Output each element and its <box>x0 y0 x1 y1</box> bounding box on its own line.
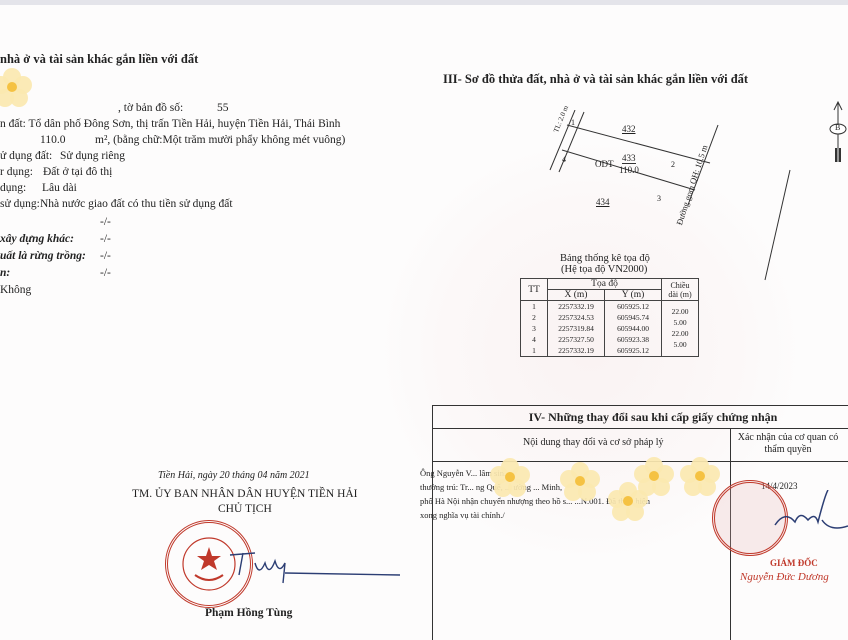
col-coord: Tọa độ <box>548 279 662 290</box>
handwritten-signature-left <box>225 545 405 585</box>
point-3: 3 <box>657 194 661 203</box>
road-edge-line <box>760 165 800 285</box>
handwritten-signature-right <box>770 490 848 540</box>
parcel-area: 110.0 <box>619 165 639 175</box>
parcel-number: 433 <box>622 154 636 164</box>
term-label: dụng: <box>0 182 26 194</box>
privacy-flower-sticker <box>0 68 32 108</box>
issuing-org: TM. ỦY BAN NHÂN DÂN HUYỆN TIỀN HẢI <box>132 488 358 500</box>
dash-value: -/- <box>100 216 111 228</box>
planted-forest-value: -/- <box>100 250 111 262</box>
usage-form-label: ử dụng đất: <box>0 150 52 162</box>
col-y: Y (m) <box>605 290 662 301</box>
col-confirm-header: Xác nhận của cơ quan có thẩm quyền <box>733 432 843 456</box>
col-x: X (m) <box>548 290 605 301</box>
point-1: 1 <box>571 118 575 127</box>
parcel-land-type: ODT <box>595 159 614 169</box>
privacy-flower-sticker <box>490 458 530 498</box>
table-cell-tt: 1 2 3 4 1 <box>521 301 548 357</box>
parcel-diagram <box>540 110 740 250</box>
compass-letter: B <box>835 123 840 132</box>
privacy-flower-sticker <box>680 457 720 497</box>
map-sheet-number: 55 <box>217 102 229 114</box>
privacy-flower-sticker <box>560 462 600 502</box>
land-address: n đất: Tổ dân phố Đông Sơn, thị trấn Tiề… <box>0 118 340 130</box>
notes-value: Không <box>0 284 31 296</box>
parcel-south-number: 434 <box>596 197 610 207</box>
purpose-value: Đất ở tại đô thị <box>43 166 112 178</box>
other-construction-label: xây dựng khác: <box>0 233 74 245</box>
purpose-label: r dụng: <box>0 166 33 178</box>
section-title-diagram: III- Sơ đồ thửa đất, nhà ở và tài sản kh… <box>443 72 748 87</box>
privacy-flower-sticker <box>634 457 674 497</box>
section-title-left: nhà ở và tài sản khác gắn liền với đất <box>0 52 198 67</box>
origin-label: sử dụng: <box>0 198 40 210</box>
map-sheet-label: , tờ bản đồ số: <box>118 102 183 114</box>
signer-title: CHỦ TỊCH <box>218 503 272 515</box>
coord-table-title: Bảng thống kê tọa độ <box>560 253 650 264</box>
area-value: 110.0 <box>40 134 65 146</box>
coord-table-subtitle: (Hệ tọa độ VN2000) <box>561 264 647 275</box>
planted-forest-label: uất là rừng trồng: <box>0 250 86 262</box>
place-date: Tiền Hải, ngày 20 tháng 04 năm 2021 <box>158 470 310 481</box>
viewer-top-bar <box>0 0 848 5</box>
table-cell-y: 605925.12 605945.74 605944.00 605923.38 … <box>605 301 662 357</box>
area-text: m², (bằng chữ:Một trăm mười phẩy không m… <box>95 134 345 146</box>
coordinate-table: TT Tọa độ Chiều dài (m) X (m) Y (m) 1 2 … <box>520 278 699 357</box>
changes-title: IV- Những thay đổi sau khi cấp giấy chứn… <box>433 406 848 429</box>
confirm-signer-name: Nguyễn Đức Dương <box>740 571 829 583</box>
confirm-signer-title: GIÁM ĐỐC <box>770 558 818 568</box>
other-construction-value: -/- <box>100 233 111 245</box>
table-cell-x: 2257332.19 2257324.53 2257319.84 2257327… <box>548 301 605 357</box>
perennial-label: n: <box>0 267 10 279</box>
col-length: Chiều dài (m) <box>662 279 699 301</box>
term-value: Lâu dài <box>42 182 77 194</box>
point-2: 2 <box>671 160 675 169</box>
north-arrow-icon <box>828 100 848 170</box>
usage-form-value: Sử dụng riêng <box>60 150 125 162</box>
perennial-value: -/- <box>100 267 111 279</box>
parcel-north-number: 432 <box>622 124 636 134</box>
signer-name: Phạm Hồng Tùng <box>205 607 292 619</box>
point-4: 4 <box>562 155 566 164</box>
col-content-header: Nội dung thay đổi và cơ sở pháp lý <box>523 437 664 448</box>
table-cell-length: 22.00 5.00 22.00 5.00 <box>662 301 699 357</box>
origin-value: Nhà nước giao đất có thu tiền sử dụng đấ… <box>40 198 233 210</box>
col-tt: TT <box>521 279 548 301</box>
